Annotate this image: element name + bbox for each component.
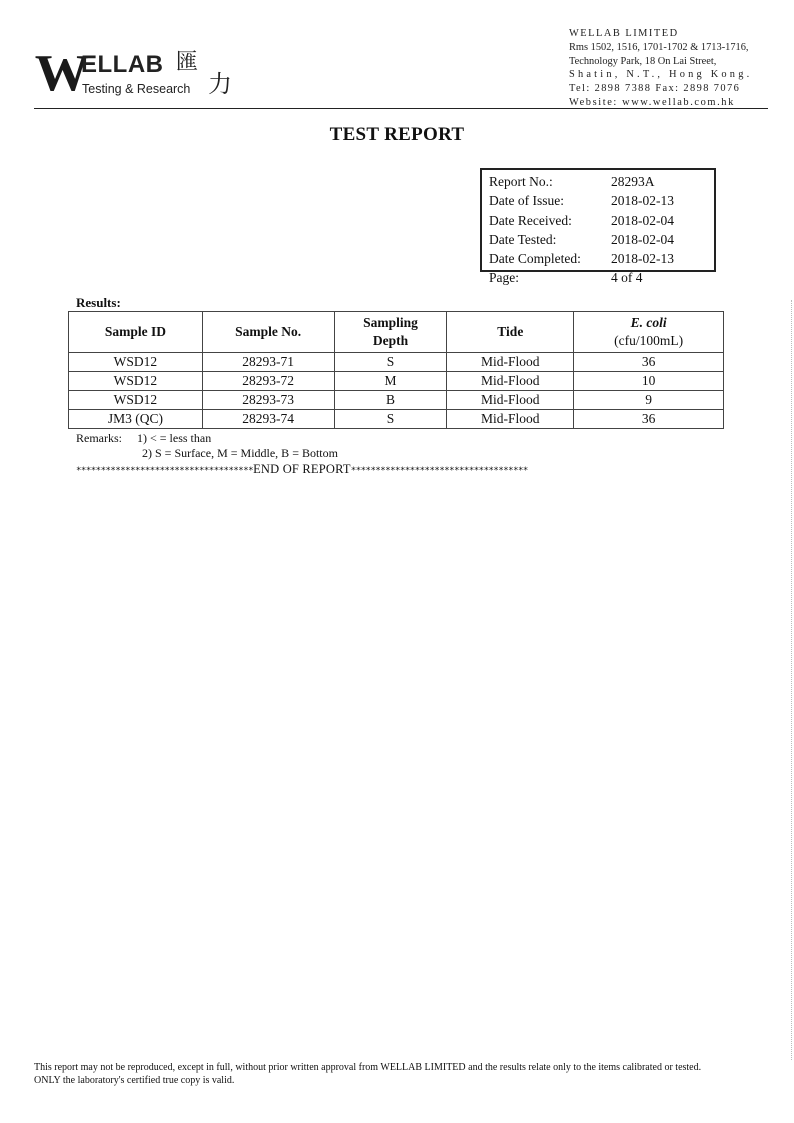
header-ecoli: E. coli (cfu/100mL) (574, 312, 724, 353)
cell-ecoli: 36 (574, 353, 724, 372)
end-text: END OF REPORT (253, 462, 351, 476)
cell-sample-id: JM3 (QC) (69, 410, 203, 429)
company-address-line: Shatin, N.T., Hong Kong. (569, 68, 767, 82)
cell-sample-no: 28293-72 (202, 372, 334, 391)
logo-chinese-2: 力 (208, 72, 232, 96)
header-divider (34, 108, 768, 109)
results-table: Sample ID Sample No. Sampling Depth Tide… (68, 311, 724, 429)
cell-sample-no: 28293-71 (202, 353, 334, 372)
cell-depth: M (334, 372, 447, 391)
report-info-row: Date Completed: 2018-02-13 (482, 249, 714, 268)
cell-tide: Mid-Flood (447, 353, 574, 372)
report-info-row: Date of Issue: 2018-02-13 (482, 191, 714, 210)
remarks-item: 1) < = less than (137, 431, 211, 445)
logo-tagline: Testing & Research (82, 82, 190, 96)
cell-tide: Mid-Flood (447, 391, 574, 410)
cell-tide: Mid-Flood (447, 372, 574, 391)
report-info-row: Report No.: 28293A (482, 172, 714, 191)
company-address-block: WELLAB LIMITED Rms 1502, 1516, 1701-1702… (569, 27, 767, 110)
header-depth-line-2: Depth (373, 333, 408, 348)
footer-line: ONLY the laboratory's certified true cop… (34, 1074, 774, 1087)
report-info-label: Date Tested: (482, 230, 611, 249)
page-label: Page: (482, 268, 611, 287)
table-header-row: Sample ID Sample No. Sampling Depth Tide… (69, 312, 724, 353)
page-value: 4 of 4 (611, 268, 643, 287)
results-heading: Results: (76, 295, 121, 311)
company-address-line: Technology Park, 18 On Lai Street, (569, 55, 767, 69)
report-info-row: Date Received: 2018-02-04 (482, 211, 714, 230)
wellab-logo: W ELLAB 匯 力 Testing & Research (36, 48, 226, 104)
company-address-line: Rms 1502, 1516, 1701-1702 & 1713-1716, (569, 41, 767, 55)
report-info-value: 2018-02-13 (611, 249, 674, 268)
logo-chinese-1: 匯 (176, 52, 198, 74)
table-row: WSD12 28293-72 M Mid-Flood 10 (69, 372, 724, 391)
company-name: WELLAB LIMITED (569, 27, 767, 41)
header-sampling-depth: Sampling Depth (334, 312, 447, 353)
remarks-block: Remarks: 1) < = less than 2) S = Surface… (76, 431, 338, 460)
cell-sample-id: WSD12 (69, 391, 203, 410)
cell-depth: S (334, 410, 447, 429)
report-info-label: Date Completed: (482, 249, 611, 268)
header-tide: Tide (447, 312, 574, 353)
cell-ecoli: 10 (574, 372, 724, 391)
end-stars-left: ************************************ (76, 466, 253, 476)
cell-sample-no: 28293-73 (202, 391, 334, 410)
footer-disclaimer: This report may not be reproduced, excep… (34, 1061, 774, 1087)
report-info-value: 2018-02-04 (611, 230, 674, 249)
company-phone: Tel: 2898 7388 Fax: 2898 7076 (569, 82, 767, 96)
report-info-value: 28293A (611, 172, 655, 191)
header-ecoli-unit: (cfu/100mL) (614, 333, 683, 348)
table-row: WSD12 28293-71 S Mid-Flood 36 (69, 353, 724, 372)
remarks-label: Remarks: (76, 431, 122, 445)
logo-brand: ELLAB (81, 53, 164, 77)
report-info-label: Date Received: (482, 211, 611, 230)
page-title: TEST REPORT (0, 124, 794, 146)
scan-edge-line (791, 300, 792, 1060)
header-sample-id: Sample ID (69, 312, 203, 353)
cell-sample-no: 28293-74 (202, 410, 334, 429)
report-info-value: 2018-02-13 (611, 191, 674, 210)
header-ecoli-name: E. coli (631, 315, 667, 330)
remarks-item: 2) S = Surface, M = Middle, B = Bottom (76, 446, 338, 461)
end-stars-right: ************************************ (351, 466, 528, 476)
remarks-line-1: Remarks: 1) < = less than (76, 431, 338, 446)
logo-initial: W (35, 48, 88, 100)
report-info-value: 2018-02-04 (611, 211, 674, 230)
cell-depth: B (334, 391, 447, 410)
report-info-box: Report No.: 28293A Date of Issue: 2018-0… (480, 168, 716, 272)
footer-line: This report may not be reproduced, excep… (34, 1061, 774, 1074)
header-depth-line-1: Sampling (363, 315, 418, 330)
report-info-label: Date of Issue: (482, 191, 611, 210)
header-sample-no: Sample No. (202, 312, 334, 353)
cell-ecoli: 36 (574, 410, 724, 429)
report-info-label: Report No.: (482, 172, 611, 191)
end-of-report-marker: ************************************END … (76, 462, 528, 477)
table-row: WSD12 28293-73 B Mid-Flood 9 (69, 391, 724, 410)
page-number-row: Page: 4 of 4 (482, 268, 643, 287)
cell-ecoli: 9 (574, 391, 724, 410)
cell-tide: Mid-Flood (447, 410, 574, 429)
cell-sample-id: WSD12 (69, 353, 203, 372)
report-info-row: Date Tested: 2018-02-04 (482, 230, 714, 249)
table-row: JM3 (QC) 28293-74 S Mid-Flood 36 (69, 410, 724, 429)
cell-sample-id: WSD12 (69, 372, 203, 391)
cell-depth: S (334, 353, 447, 372)
